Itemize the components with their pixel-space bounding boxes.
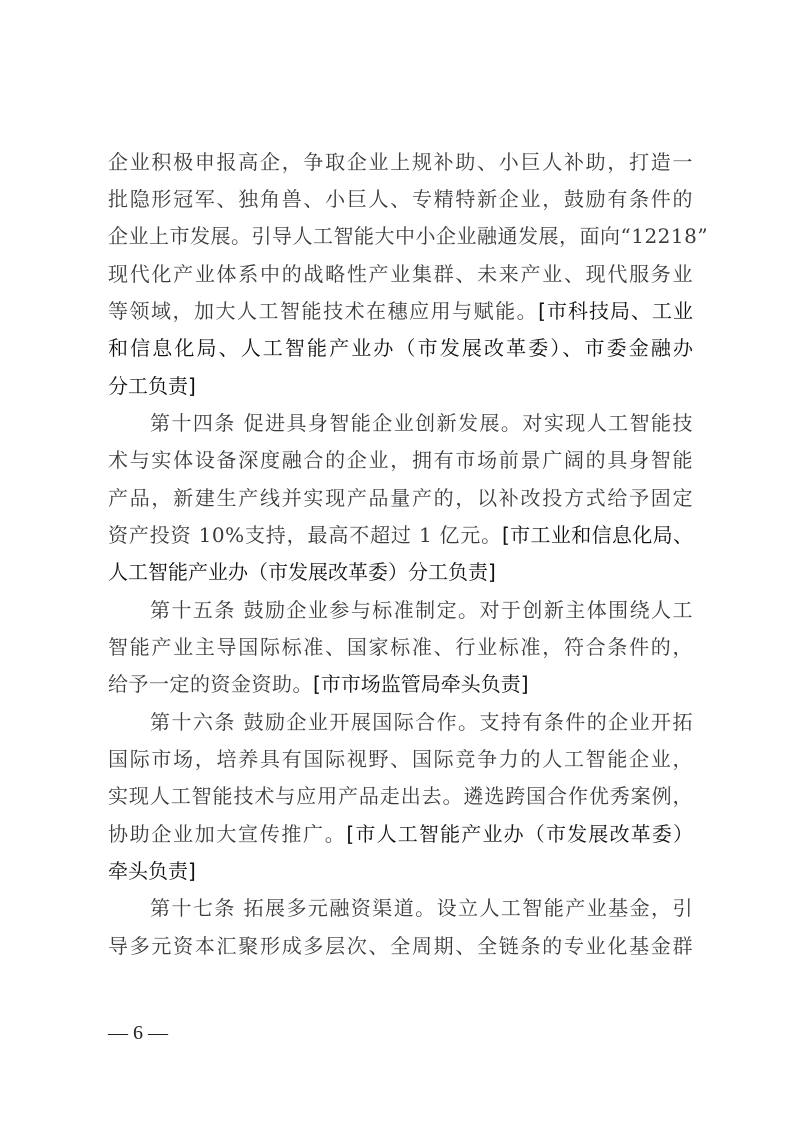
body-text: 导多元资本汇聚形成多层次、全周期、全链条的专业化基金群 [108,934,693,958]
body-text: 产品，新建生产线并实现产品量产的，以补改投方式给予固定 [108,486,693,510]
text-line: 分工负责] [108,371,693,401]
responsibility-text: [市市场监管局牵头负责] [313,672,529,696]
body-text: 协助企业加大宣传推广。 [108,822,346,846]
body-text: 国际市场，培养具有国际视野、国际竞争力的人工智能企业， [108,747,693,771]
body-text: 第十四条 促进具身智能企业创新发展。对实现人工智能技 [150,411,693,435]
text-line: 批隐形冠军、独角兽、小巨人、专精特新企业，鼓励有条件的 [108,184,693,214]
article-14-heading-line: 第十四条 促进具身智能企业创新发展。对实现人工智能技 [150,408,693,438]
text-line: 人工智能产业办（市发展改革委）分工负责] [108,557,693,587]
body-text: 批隐形冠军、独角兽、小巨人、专精特新企业，鼓励有条件的 [108,187,693,211]
text-line: 和信息化局、人工智能产业办（市发展改革委）、市委金融办 [108,333,693,363]
text-line: 术与实体设备深度融合的企业，拥有市场前景广阔的具身智能 [108,445,693,475]
body-text: 实现人工智能技术与应用产品走出去。遴选跨国合作优秀案例， [108,784,693,808]
body-text: 现代化产业体系中的战略性产业集群、未来产业、现代服务业 [108,262,693,286]
responsibility-text: 牵头负责] [108,859,196,883]
body-text: 第十七条 拓展多元融资渠道。设立人工智能产业基金，引 [150,896,693,920]
text-line: 给予一定的资金资助。[市市场监管局牵头负责] [108,669,693,699]
body-text: 企业上市发展。引导人工智能大中小企业融通发展，面向“12218” [108,224,708,248]
text-line: 实现人工智能技术与应用产品走出去。遴选跨国合作优秀案例， [108,781,693,811]
body-text: 企业积极申报高企，争取企业上规补助、小巨人补助，打造一 [108,150,693,174]
text-line: 协助企业加大宣传推广。[市人工智能产业办（市发展改革委） [108,819,693,849]
document-page: 企业积极申报高企，争取企业上规补助、小巨人补助，打造一 批隐形冠军、独角兽、小巨… [0,0,793,1122]
body-text: 术与实体设备深度融合的企业，拥有市场前景广阔的具身智能 [108,448,693,472]
article-16-heading-line: 第十六条 鼓励企业开展国际合作。支持有条件的企业开拓 [150,707,693,737]
responsibility-text: 分工负责] [108,374,196,398]
text-line: 企业上市发展。引导人工智能大中小企业融通发展，面向“12218” [108,221,693,251]
responsibility-text: 人工智能产业办（市发展改革委）分工负责] [108,560,496,584]
page-number: — 6 — [108,1018,168,1048]
text-line: 等领域，加大人工智能技术在穗应用与赋能。[市科技局、工业 [108,296,693,326]
text-line: 产品，新建生产线并实现产品量产的，以补改投方式给予固定 [108,483,693,513]
text-line: 国际市场，培养具有国际视野、国际竞争力的人工智能企业， [108,744,693,774]
body-text: 资产投资 10%支持，最高不超过 1 亿元。 [108,523,502,547]
article-15-heading-line: 第十五条 鼓励企业参与标准制定。对于创新主体围绕人工 [150,595,693,625]
text-line: 资产投资 10%支持，最高不超过 1 亿元。[市工业和信息化局、 [108,520,693,550]
text-line: 企业积极申报高企，争取企业上规补助、小巨人补助，打造一 [108,147,693,177]
body-text: 等领域，加大人工智能技术在穗应用与赋能。 [108,299,538,323]
responsibility-text: 和信息化局、人工智能产业办（市发展改革委）、市委金融办 [108,336,693,360]
text-line: 牵头负责] [108,856,693,886]
text-line: 导多元资本汇聚形成多层次、全周期、全链条的专业化基金群 [108,931,693,961]
responsibility-text: [市工业和信息化局、 [502,523,693,547]
responsibility-text: [市人工智能产业办（市发展改革委） [346,822,693,846]
body-text: 给予一定的资金资助。 [108,672,313,696]
article-17-heading-line: 第十七条 拓展多元融资渠道。设立人工智能产业基金，引 [150,893,693,923]
body-text: 第十五条 鼓励企业参与标准制定。对于创新主体围绕人工 [150,598,693,622]
body-text: 智能产业主导国际标准、国家标准、行业标准，符合条件的， [108,635,693,659]
text-line: 现代化产业体系中的战略性产业集群、未来产业、现代服务业 [108,259,693,289]
text-line: 智能产业主导国际标准、国家标准、行业标准，符合条件的， [108,632,693,662]
responsibility-text: [市科技局、工业 [538,299,693,323]
body-text: 第十六条 鼓励企业开展国际合作。支持有条件的企业开拓 [150,710,693,734]
